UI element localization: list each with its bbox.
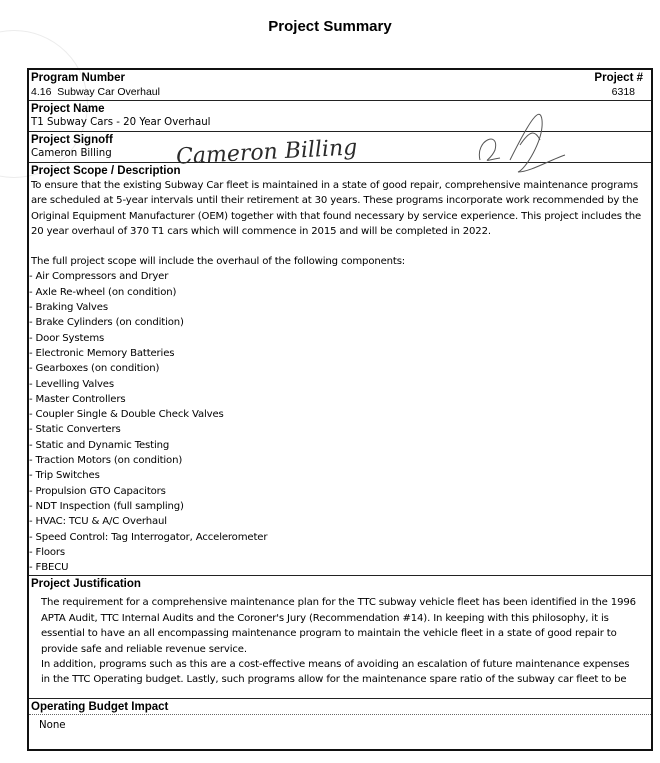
program-number-cell: Program Number 4.16 Subway Car Overhaul — [29, 70, 162, 100]
scope-component-item: - Static and Dynamic Testing — [29, 438, 651, 453]
project-signoff-value: Cameron Billing — [29, 147, 651, 162]
project-justification-label: Project Justification — [29, 576, 651, 591]
scope-component-item: - Speed Control: Tag Interrogator, Accel… — [29, 530, 651, 545]
project-signoff-label: Project Signoff — [29, 132, 651, 147]
project-signoff-section: Project Signoff Cameron Billing — [29, 132, 651, 163]
scope-component-item: - Traction Motors (on condition) — [29, 453, 651, 468]
project-scope-paragraph: To ensure that the existing Subway Car f… — [29, 178, 651, 239]
scope-component-item: - Air Compressors and Dryer — [29, 269, 651, 284]
program-number-label: Program Number — [29, 70, 162, 85]
project-number-label: Project # — [592, 70, 645, 85]
scope-component-item: - Levelling Valves — [29, 377, 651, 392]
scope-component-item: - Electronic Memory Batteries — [29, 346, 651, 361]
operating-budget-value: None — [29, 715, 651, 749]
scope-component-item: - Propulsion GTO Capacitors — [29, 484, 651, 499]
scope-component-item: - Static Converters — [29, 422, 651, 437]
project-scope-label: Project Scope / Description — [29, 163, 651, 178]
project-name-value: T1 Subway Cars - 20 Year Overhaul — [29, 116, 651, 131]
scope-component-item: - Axle Re-wheel (on condition) — [29, 285, 651, 300]
project-name-section: Project Name T1 Subway Cars - 20 Year Ov… — [29, 101, 651, 132]
project-number-cell: Project # 6318 — [592, 70, 651, 100]
project-justification-section: Project Justification The requirement fo… — [29, 576, 651, 698]
project-scope-section: Project Scope / Description To ensure th… — [29, 163, 651, 576]
project-justification-text: The requirement for a comprehensive main… — [29, 591, 651, 697]
scope-component-item: - Brake Cylinders (on condition) — [29, 315, 651, 330]
program-number-value: 4.16 Subway Car Overhaul — [29, 85, 162, 100]
scope-component-item: - Floors — [29, 545, 651, 560]
operating-budget-label: Operating Budget Impact — [29, 699, 651, 715]
scope-component-item: - Door Systems — [29, 331, 651, 346]
justification-paragraph-1: The requirement for a comprehensive main… — [41, 595, 639, 657]
project-name-label: Project Name — [29, 101, 651, 116]
program-number-section: Program Number 4.16 Subway Car Overhaul … — [29, 70, 651, 101]
project-number-value: 6318 — [592, 85, 645, 100]
scope-list-intro: The full project scope will include the … — [29, 254, 651, 269]
scope-component-item: - Trip Switches — [29, 468, 651, 483]
scope-component-list: - Air Compressors and Dryer- Axle Re-whe… — [29, 269, 651, 575]
project-summary-form: Program Number 4.16 Subway Car Overhaul … — [27, 68, 653, 751]
page-title: Project Summary — [0, 18, 660, 35]
scope-component-item: - Coupler Single & Double Check Valves — [29, 407, 651, 422]
justification-paragraph-2: In addition, programs such as this are a… — [41, 657, 639, 688]
scope-component-item: - FBECU — [29, 560, 651, 575]
scope-component-item: - HVAC: TCU & A/C Overhaul — [29, 514, 651, 529]
scope-component-item: - NDT Inspection (full sampling) — [29, 499, 651, 514]
scope-component-item: - Gearboxes (on condition) — [29, 361, 651, 376]
scope-component-item: - Master Controllers — [29, 392, 651, 407]
scope-component-item: - Braking Valves — [29, 300, 651, 315]
operating-budget-section: Operating Budget Impact None — [29, 699, 651, 749]
